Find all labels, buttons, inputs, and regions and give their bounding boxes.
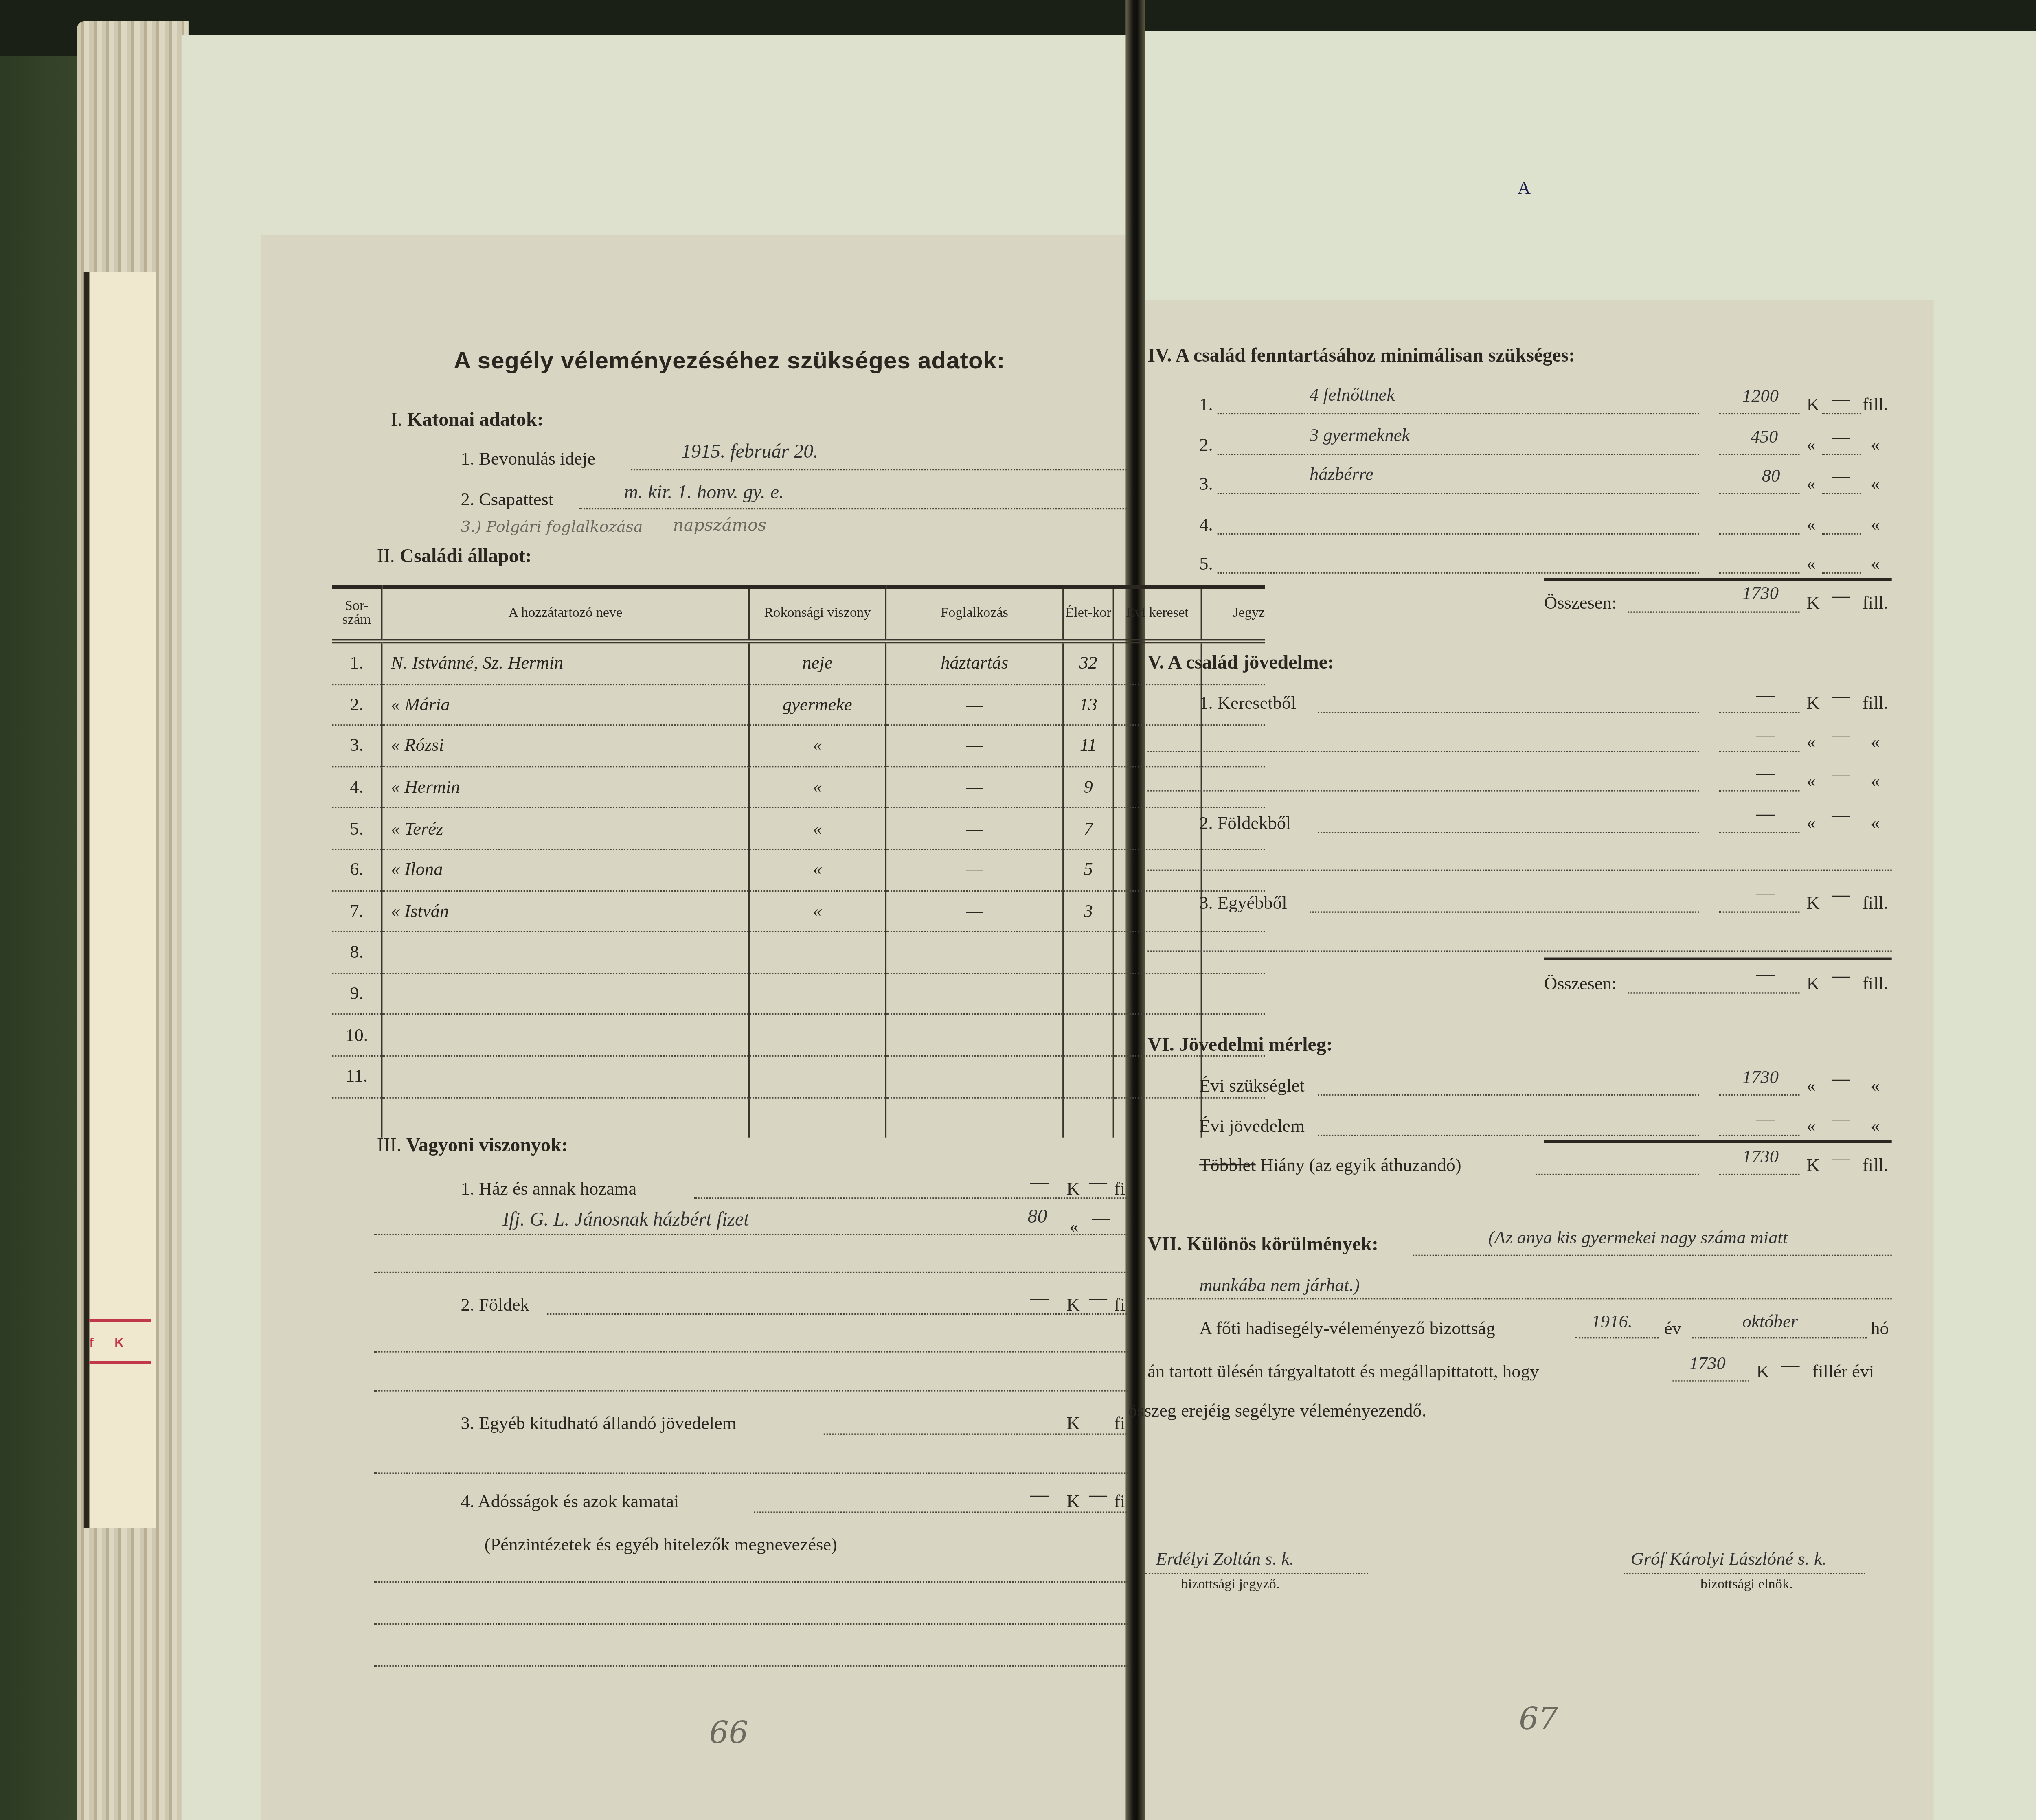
signature-role: bizottsági jegyző. [1181, 1579, 1280, 1592]
total-k: — [1756, 965, 1775, 983]
row-age: 9 [1063, 767, 1113, 808]
unit-k: « [1807, 474, 1816, 493]
row-no: 11. [332, 1056, 382, 1097]
col-header: Élet-kor [1063, 587, 1113, 641]
family-table: Sor-szám A hozzátartozó neve Rokonsági v… [332, 585, 1265, 1138]
unit-f: « [1871, 1076, 1880, 1094]
row-relation: « [749, 808, 886, 849]
table-row: 2.« Máriagyermeke—13 [332, 684, 1265, 725]
unit-f: fi [1114, 1492, 1125, 1510]
amount-line [1719, 832, 1800, 833]
item-desc: 3 gyermeknek [1310, 426, 1410, 444]
circumstances-text: munkába nem járhat.) [1199, 1276, 1360, 1294]
section-heading: II. Családi állapot: [377, 548, 532, 568]
field-value: 1915. február 20. [681, 444, 818, 463]
asset-label: 4. Adósságok és azok kamatai [461, 1492, 679, 1510]
field-line [1318, 1094, 1699, 1095]
table-row: 7.« István«—3 [332, 890, 1265, 932]
unit-f: fill. [1863, 694, 1888, 712]
unit-f: « [1871, 554, 1880, 572]
col-header: Foglalkozás [886, 587, 1063, 641]
unit-f: fill. [1863, 893, 1888, 912]
amount-k: 80 [1762, 466, 1780, 485]
unit-f: « [1871, 515, 1880, 533]
unit-f: fi [1114, 1414, 1125, 1432]
decision-text: A főti hadisegély-véleményező bizottság [1199, 1319, 1495, 1337]
unit-k: « [1807, 1076, 1816, 1094]
unit-k: K [1066, 1295, 1079, 1313]
unit-f: fill. [1863, 593, 1888, 612]
row-no: 9. [332, 973, 382, 1014]
amount-k: — [1756, 763, 1775, 782]
table-row: 5.« Teréz«—7 [332, 808, 1265, 849]
item-no: 2. [1199, 436, 1213, 454]
row-name: « Rózsi [382, 725, 749, 766]
col-header: Sor-szám [332, 587, 382, 641]
row-occupation: háztartás [886, 641, 1063, 684]
field-line [579, 508, 1127, 509]
row-no: 8. [332, 932, 382, 973]
unit-k: K [1807, 974, 1820, 993]
field-line [1575, 1337, 1659, 1338]
amount-k: 80 [1027, 1209, 1047, 1228]
unit-f: fi [1114, 1295, 1125, 1313]
scanned-book-spread: f K A A segély véleményezéséhez szüksége… [0, 0, 2036, 1820]
deficit-line: Többlet Hiány (az egyik áthuzandó) [1199, 1156, 1461, 1174]
unit-k: K [1066, 1180, 1079, 1198]
table-row: 3.« Rózsi«—11 [332, 725, 1265, 766]
field-line [1318, 1135, 1699, 1136]
item-no: 5. [1199, 554, 1213, 572]
amount-k: 1200 [1742, 387, 1779, 405]
sum-rule [1544, 958, 1892, 960]
pencil-note-label: 3.) Polgári foglalkozása [461, 519, 643, 535]
table-row: 10. [332, 1015, 1265, 1056]
decision-amount: 1730 [1689, 1354, 1726, 1372]
row-income [1113, 890, 1201, 932]
amount-line [1719, 493, 1800, 494]
col-header: A hozzátartozó neve [382, 587, 749, 641]
amount-k: — [1030, 1288, 1049, 1307]
row-no: 6. [332, 849, 382, 890]
unit-k: K [1807, 395, 1820, 413]
signature-name: Erdélyi Zoltán s. k. [1156, 1549, 1294, 1568]
field-line [1318, 712, 1699, 713]
unit-f: « [1871, 814, 1880, 832]
field-line [374, 1665, 1128, 1666]
field-line [374, 1623, 1128, 1625]
section-heading: VI. Jövedelmi mérleg: [1147, 1037, 1333, 1057]
unit-f: « [1871, 733, 1880, 751]
row-note [1201, 725, 1265, 766]
corner-mark: A [1518, 179, 1531, 197]
amount-line [1719, 533, 1800, 534]
row-no: 7. [332, 890, 382, 932]
row-income [1113, 808, 1201, 849]
sum-rule [1544, 578, 1892, 581]
amount-k: — [1756, 726, 1775, 744]
table-row: 1.N. Istvánné, Sz. Herminnejeháztartás32 [332, 641, 1265, 684]
field-line [374, 1581, 1128, 1583]
amount-line [1719, 790, 1800, 791]
field-line [1218, 454, 1699, 455]
amount-f: — [1092, 1209, 1110, 1227]
field-line [1672, 1380, 1749, 1381]
unit-f: « [1871, 474, 1880, 493]
unit-k: K [1066, 1414, 1079, 1432]
amount-f: — [1832, 427, 1850, 445]
row-income [1113, 684, 1201, 725]
total-k: 1730 [1742, 583, 1779, 602]
unit-k: « [1069, 1217, 1078, 1235]
row-name: « Teréz [382, 808, 749, 849]
total-f: — [1832, 966, 1850, 984]
amount-line [1822, 454, 1861, 455]
field-line [374, 1351, 1128, 1352]
field-line [1536, 1174, 1699, 1175]
unit-k: K [1807, 593, 1820, 612]
row-occupation: — [886, 849, 1063, 890]
decision-text: év [1664, 1319, 1681, 1337]
field-line [694, 1197, 1127, 1199]
unit-f: fill. [1863, 974, 1888, 993]
amount-k: — [1030, 1485, 1049, 1503]
row-relation: gyermeke [749, 684, 886, 725]
need-label: Évi szükséglet [1199, 1076, 1305, 1094]
amount-line [1822, 572, 1861, 573]
unit-k: K [1756, 1362, 1769, 1381]
row-age: 5 [1063, 849, 1113, 890]
deficit-f: — [1832, 1149, 1850, 1167]
field-value: m. kir. 1. honv. gy. e. [624, 484, 784, 504]
row-no: 3. [332, 725, 382, 766]
amount-line [1628, 611, 1800, 612]
item-desc: házbérre [1310, 465, 1373, 483]
item-no: 1. [1199, 395, 1213, 413]
circumstances-text: (Az anya kis gyermekei nagy száma miatt [1488, 1228, 1788, 1247]
field-label: 2. Csapattest [461, 490, 553, 508]
row-relation: « [749, 849, 886, 890]
amount-line [1719, 712, 1800, 713]
row-relation: « [749, 725, 886, 766]
decision-text: hó [1871, 1319, 1889, 1337]
row-occupation: — [886, 684, 1063, 725]
field-line [1147, 751, 1699, 752]
row-name: « Hermin [382, 767, 749, 808]
amount-line [1719, 911, 1800, 912]
field-line [1147, 1298, 1891, 1299]
field-line [374, 1272, 1128, 1273]
field-line [1218, 413, 1699, 414]
row-name: N. Istvánné, Sz. Hermin [382, 641, 749, 684]
page-number-right: 67 [1519, 1706, 1558, 1736]
row-occupation: — [886, 767, 1063, 808]
amount-line [1719, 454, 1800, 455]
amount-line [1719, 413, 1800, 414]
asset-label: 2. Földek [461, 1295, 529, 1313]
amount-k: — [1030, 1172, 1049, 1191]
ledger-rule [89, 1361, 151, 1364]
amount-line [1719, 1094, 1800, 1095]
decision-text: összeg erejéig segélyre véleményezendő. [1128, 1401, 1426, 1420]
unit-k: « [1807, 772, 1816, 790]
amount-line [1719, 572, 1800, 573]
field-line [1147, 790, 1699, 791]
row-occupation: — [886, 808, 1063, 849]
row-occupation: — [886, 725, 1063, 766]
unit-f: fill. [1863, 1156, 1888, 1174]
amount-k: — [1756, 804, 1775, 822]
row-no: 10. [332, 1015, 382, 1056]
amount-f: — [1832, 805, 1850, 824]
need-k: 1730 [1742, 1068, 1779, 1086]
field-line [547, 1313, 1127, 1315]
asset-label: 3. Egyéb kitudható állandó jövedelem [461, 1414, 736, 1432]
field-line [754, 1511, 1126, 1513]
income-f: — [1832, 1110, 1850, 1128]
unit-k: K [1807, 1156, 1820, 1174]
unit-f: « [1871, 436, 1880, 454]
table-row [332, 1097, 1265, 1138]
section-heading: IV. A család fenntartásához minimálisan … [1147, 348, 1575, 367]
amount-line [1822, 493, 1861, 494]
row-age: 32 [1063, 641, 1113, 684]
signature-line [1624, 1573, 1865, 1574]
signature-name: Gróf Károlyi Lászlóné s. k. [1631, 1549, 1827, 1568]
field-line [1692, 1337, 1867, 1338]
form-title: A segély véleményezéséhez szükséges adat… [454, 349, 1005, 373]
row-age: 13 [1063, 684, 1113, 725]
row-note [1201, 767, 1265, 808]
item-desc: 4 felnőttnek [1310, 385, 1395, 403]
income-label: 1. Keresetből [1199, 694, 1296, 712]
amount-line [1719, 1174, 1800, 1175]
unit-f: fill. [1863, 395, 1888, 413]
section-heading: I. Katonai adatok: [391, 412, 544, 431]
amount-f: — [1832, 687, 1850, 705]
income-label: 2. Földekből [1199, 814, 1291, 832]
field-line [1310, 911, 1699, 912]
sum-rule [1544, 1140, 1892, 1143]
unit-k: K [1066, 1492, 1079, 1510]
page-number-left: 66 [709, 1719, 748, 1750]
unit-k: « [1807, 814, 1816, 832]
row-age: 3 [1063, 890, 1113, 932]
amount-f: — [1832, 885, 1850, 903]
field-line [1147, 870, 1891, 871]
unit-k: « [1807, 436, 1816, 454]
decision-year: 1916. [1592, 1312, 1632, 1330]
unit-f: fi [1114, 1180, 1125, 1198]
amount-line [1628, 992, 1800, 993]
row-name: « Mária [382, 684, 749, 725]
signature-line [1145, 1573, 1368, 1574]
row-age: 11 [1063, 725, 1113, 766]
amount-f: — [1089, 1288, 1107, 1307]
amount-f: — [1832, 765, 1850, 783]
field-line [824, 1433, 1127, 1434]
total-label: Összesen: [1544, 974, 1617, 993]
income-label: Évi jövedelem [1199, 1116, 1305, 1135]
row-age: 7 [1063, 808, 1113, 849]
field-line [1318, 832, 1699, 833]
deficit-k: 1730 [1742, 1147, 1779, 1166]
income-k: — [1756, 1110, 1775, 1128]
decision-text: fillér évi [1812, 1362, 1874, 1381]
amount-f: — [1832, 726, 1850, 744]
income-label: 3. Egyébből [1199, 893, 1287, 912]
row-no: 4. [332, 767, 382, 808]
table-row: 4.« Hermin«—9 [332, 767, 1265, 808]
field-line [374, 1472, 1128, 1474]
amount-f: — [1089, 1485, 1107, 1503]
amount-f: — [1832, 389, 1850, 408]
row-income [1113, 725, 1201, 766]
creditors-note: (Pénzintézetek és egyéb hitelezők megnev… [485, 1535, 837, 1554]
field-line [1218, 572, 1699, 573]
need-f: — [1832, 1069, 1850, 1088]
amount-f: — [1832, 466, 1850, 485]
amount-line [1822, 413, 1861, 414]
table-header-row: Sor-szám A hozzátartozó neve Rokonsági v… [332, 587, 1265, 641]
col-header: Évi kereset [1113, 587, 1201, 641]
row-relation: neje [749, 641, 886, 684]
table-row: 11. [332, 1056, 1265, 1097]
row-no: 5. [332, 808, 382, 849]
total-label: Összesen: [1544, 593, 1617, 612]
unit-f: « [1871, 1116, 1880, 1135]
row-name: « István [382, 890, 749, 932]
unit-k: K [1807, 893, 1820, 912]
unit-k: « [1807, 733, 1816, 751]
unit-k: « [1807, 515, 1816, 533]
amount-line [1822, 533, 1861, 534]
row-relation: « [749, 890, 886, 932]
ledger-col-f: f [89, 1336, 93, 1350]
amount-k: 450 [1751, 427, 1778, 445]
ledger-col-k: K [114, 1336, 123, 1350]
unit-k: « [1807, 554, 1816, 572]
table-row: 9. [332, 973, 1265, 1014]
asset-note: Ifj. G. L. Jánosnak házbért fizet [502, 1211, 749, 1231]
field-line [631, 469, 1127, 470]
signature-role: bizottsági elnök. [1700, 1579, 1793, 1592]
unit-f: « [1871, 772, 1880, 790]
field-line [1218, 493, 1699, 494]
item-no: 3. [1199, 474, 1213, 493]
section-heading: III. Vagyoni viszonyok: [377, 1138, 568, 1157]
table-row: 6.« Ilona«—5 [332, 849, 1265, 890]
asset-label: 1. Ház és annak hozama [461, 1180, 636, 1198]
field-line [374, 1390, 1128, 1391]
amount-k: — [1756, 884, 1775, 902]
section-heading: V. A család jövedelme: [1147, 655, 1334, 674]
unit-k: K [1807, 694, 1820, 712]
decision-text: án tartott ülésén tárgyaltatott és megál… [1147, 1362, 1672, 1381]
field-line [1413, 1255, 1892, 1256]
field-line [1147, 950, 1891, 952]
unit-k: « [1807, 1116, 1816, 1135]
row-occupation: — [886, 890, 1063, 932]
field-label: 1. Bevonulás ideje [461, 450, 595, 468]
amount-line [1719, 1135, 1800, 1136]
row-relation: « [749, 767, 886, 808]
pencil-note-value: napszámos [673, 516, 767, 533]
decision-month: október [1742, 1312, 1798, 1330]
amount-k: — [1756, 685, 1775, 704]
table-row: 8. [332, 932, 1265, 973]
col-header: Jegyz [1201, 587, 1265, 641]
row-income [1113, 767, 1201, 808]
item-no: 4. [1199, 515, 1213, 533]
ledger-rule [89, 1319, 151, 1322]
amount-line [1719, 751, 1800, 752]
amount-f: — [1089, 1172, 1107, 1191]
col-header: Rokonsági viszony [749, 587, 886, 641]
row-no: 2. [332, 684, 382, 725]
row-name: « Ilona [382, 849, 749, 890]
section-heading: VII. Különös körülmények: [1147, 1237, 1378, 1256]
total-f: — [1832, 586, 1850, 605]
row-no: 1. [332, 641, 382, 684]
field-line [374, 1234, 1128, 1235]
decision-fill: — [1781, 1355, 1800, 1374]
field-line [1218, 533, 1699, 534]
